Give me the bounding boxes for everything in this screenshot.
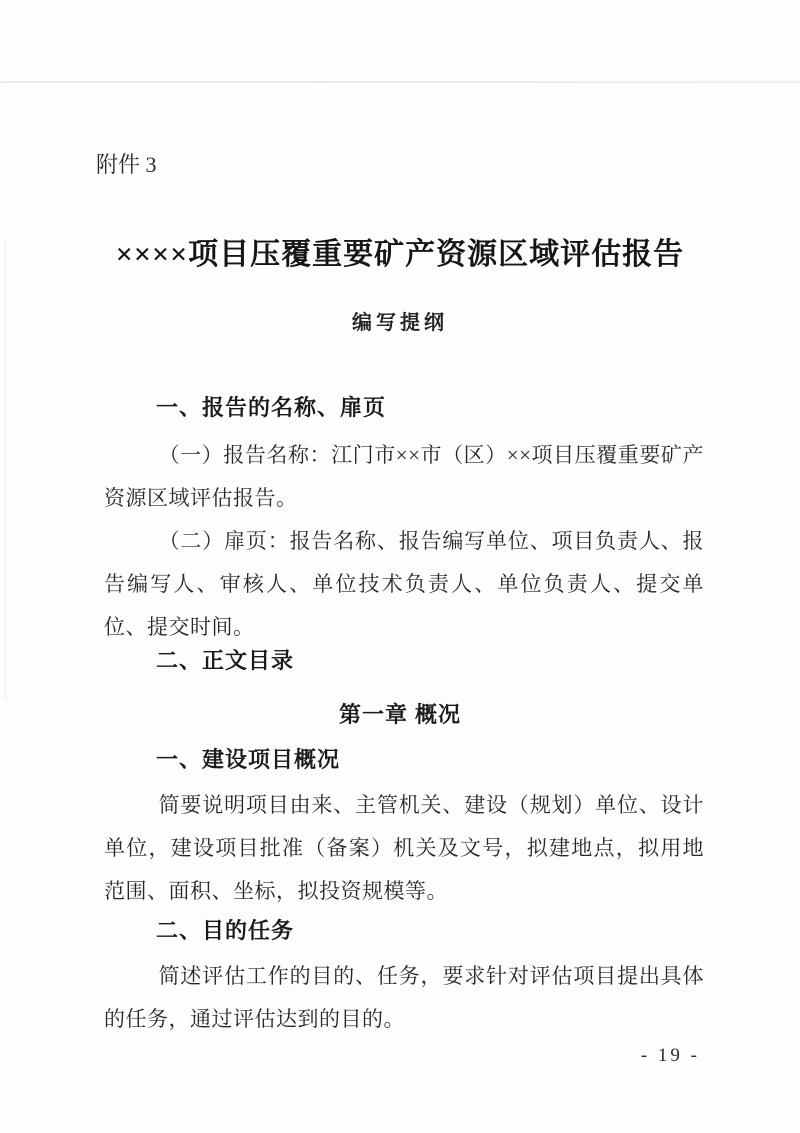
paragraph-report-name: （一）报告名称：江门市××市（区）××项目压覆重要矿产资源区域评估报告。 bbox=[104, 434, 704, 520]
scan-artifact-line bbox=[0, 81, 800, 83]
paragraph-purpose-tasks: 简述评估工作的目的、任务，要求针对评估项目提出具体的任务，通过评估达到的目的。 bbox=[104, 955, 704, 1041]
section-heading-project-overview: 一、建设项目概况 bbox=[104, 748, 704, 772]
section-heading-purpose-tasks: 二、目的任务 bbox=[104, 919, 704, 943]
attachment-label: 附件 3 bbox=[96, 154, 157, 176]
section-heading-main-contents: 二、正文目录 bbox=[104, 649, 704, 673]
document-page: 附件 3 ××××项目压覆重要矿产资源区域评估报告 编写提纲 一、报告的名称、扉… bbox=[0, 0, 800, 1133]
document-subtitle: 编写提纲 bbox=[0, 312, 800, 334]
scan-artifact-edge bbox=[5, 240, 6, 700]
paragraph-project-overview: 简要说明项目由来、主管机关、建设（规划）单位、设计单位，建设项目批准（备案）机关… bbox=[104, 784, 704, 913]
section-heading-report-name: 一、报告的名称、扉页 bbox=[104, 396, 704, 420]
page-number: - 19 - bbox=[641, 1046, 700, 1065]
chapter-title: 第一章 概况 bbox=[0, 703, 800, 727]
paragraph-title-page: （二）扉页：报告名称、报告编写单位、项目负责人、报告编写人、审核人、单位技术负责… bbox=[104, 520, 704, 649]
document-title: ××××项目压覆重要矿产资源区域评估报告 bbox=[0, 238, 800, 271]
